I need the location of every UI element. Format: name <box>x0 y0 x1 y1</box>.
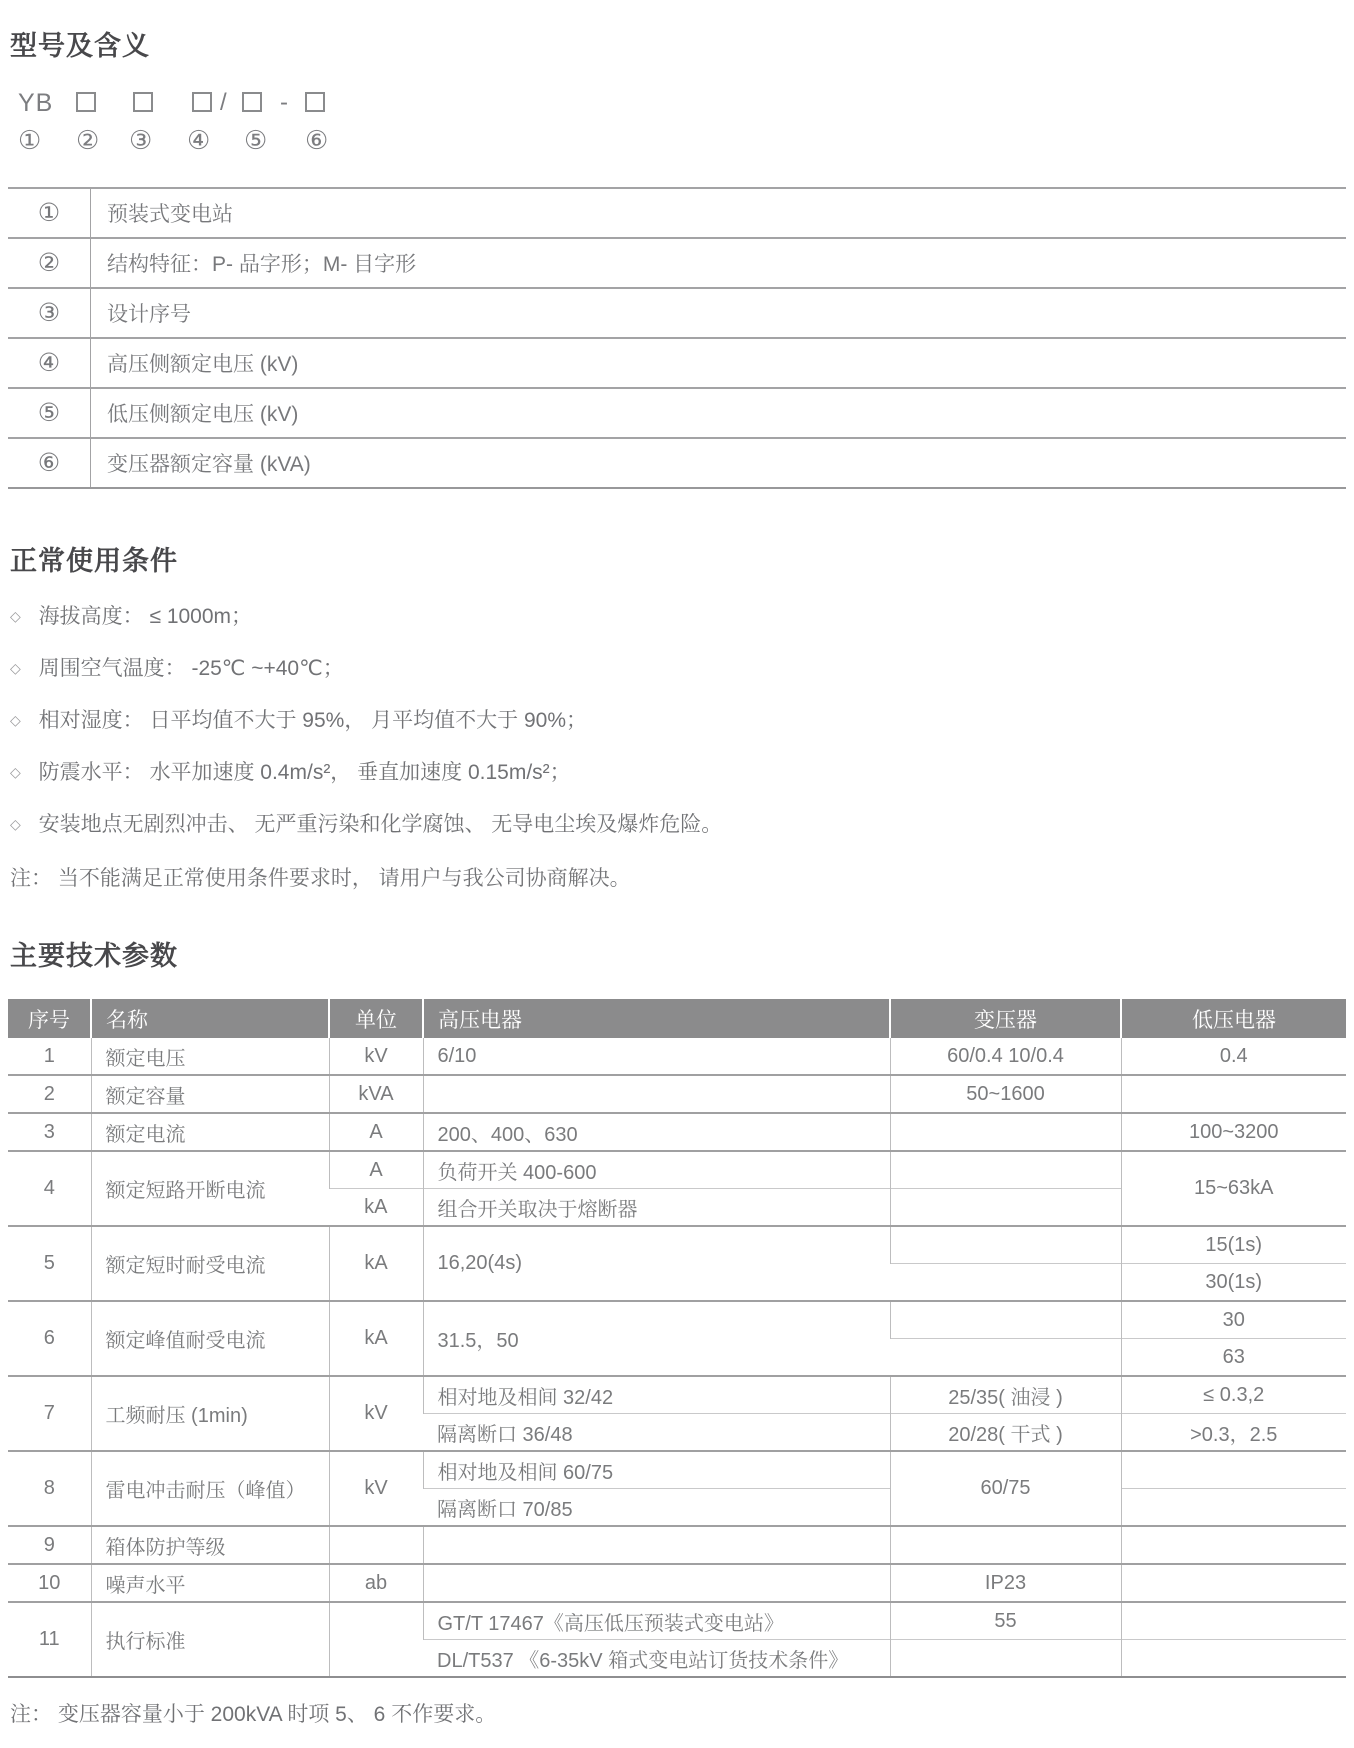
table-cell: 噪声水平 <box>91 1564 329 1602</box>
table-cell <box>423 1075 890 1113</box>
table-cell <box>890 1189 1121 1227</box>
model-desc: 变压器额定容量 (kVA) <box>91 438 1347 488</box>
diamond-bullet-icon: ◇ <box>10 712 21 728</box>
model-desc: 设计序号 <box>91 288 1347 338</box>
table-row: 4 额定短路开断电流 A 负荷开关 400-600 15~63kA <box>8 1151 1346 1189</box>
table-cell: GT/T 17467《高压低压预装式变电站》 <box>423 1602 890 1640</box>
table-cell: 55 <box>890 1602 1121 1640</box>
circled-number: ④ <box>8 338 91 388</box>
table-cell: 额定短时耐受电流 <box>91 1226 329 1301</box>
table-cell: kA <box>329 1226 423 1301</box>
table-cell: 15(1s) <box>1121 1226 1346 1264</box>
table-row: ③ 设计序号 <box>8 288 1346 338</box>
table-cell: 60/75 <box>890 1451 1121 1526</box>
table-cell <box>329 1526 423 1564</box>
table-row: ⑤ 低压侧额定电压 (kV) <box>8 388 1346 438</box>
dash-separator: - <box>280 89 288 117</box>
table-cell: 200、400、630 <box>423 1113 890 1151</box>
table-cell <box>890 1526 1121 1564</box>
table-cell: 0.4 <box>1121 1038 1346 1075</box>
table-row: 9 箱体防护等级 <box>8 1526 1346 1564</box>
table-cell: 额定容量 <box>91 1075 329 1113</box>
table-cell: 组合开关取决于熔断器 <box>423 1189 890 1227</box>
col-header-transformer: 变压器 <box>890 999 1121 1038</box>
condition-text: 防震水平： 水平加速度 0.4m/s²， 垂直加速度 0.15m/s²； <box>39 761 571 784</box>
col-header-serial: 序号 <box>8 999 91 1038</box>
table-cell: kA <box>329 1301 423 1376</box>
table-cell: 63 <box>1121 1339 1346 1377</box>
table-cell <box>1121 1075 1346 1113</box>
diamond-bullet-icon: ◇ <box>10 608 21 624</box>
table-cell: 7 <box>8 1376 91 1451</box>
table-cell: 额定电流 <box>91 1113 329 1151</box>
table-cell: IP23 <box>890 1564 1121 1602</box>
col-header-unit: 单位 <box>329 999 423 1038</box>
table-row: 8 雷电冲击耐压（峰值） kV 相对地及相间 60/75 60/75 <box>8 1451 1346 1489</box>
table-cell: 额定短路开断电流 <box>91 1151 329 1226</box>
document-page: 型号及含义 YB / - ① ② ③ ④ ⑤ ⑥ ① 预装式变电站 ② 结构特征… <box>0 0 1354 1748</box>
model-placeholder-box-icon <box>305 92 325 112</box>
table-row: 7 工频耐压 (1min) kV 相对地及相间 32/42 25/35( 油浸 … <box>8 1376 1346 1414</box>
table-cell: 15~63kA <box>1121 1151 1346 1226</box>
table-cell <box>890 1640 1121 1678</box>
table-cell <box>423 1526 890 1564</box>
table-cell: 30 <box>1121 1301 1346 1339</box>
table-cell <box>1121 1451 1346 1489</box>
col-header-lv: 低压电器 <box>1121 999 1346 1038</box>
params-note: 注： 变压器容量小于 200kVA 时项 5、 6 不作要求。 <box>10 1698 1346 1728</box>
model-meaning-table: ① 预装式变电站 ② 结构特征：P- 品字形；M- 目字形 ③ 设计序号 ④ 高… <box>8 187 1346 489</box>
table-cell: 执行标准 <box>91 1602 329 1677</box>
diamond-bullet-icon: ◇ <box>10 764 21 780</box>
condition-item: ◇ 相对湿度： 日平均值不大于 95%， 月平均值不大于 90%； <box>10 706 1346 735</box>
table-cell: A <box>329 1151 423 1189</box>
circled-index-icon: ② <box>76 125 99 156</box>
model-desc: 结构特征：P- 品字形；M- 目字形 <box>91 238 1347 288</box>
table-cell: kA <box>329 1189 423 1227</box>
table-cell: 20/28( 干式 ) <box>890 1414 1121 1452</box>
conditions-note: 注： 当不能满足正常使用条件要求时， 请用户与我公司协商解决。 <box>10 862 1346 892</box>
table-cell: 隔离断口 36/48 <box>423 1414 890 1452</box>
table-row: ② 结构特征：P- 品字形；M- 目字形 <box>8 238 1346 288</box>
model-desc: 高压侧额定电压 (kV) <box>91 338 1347 388</box>
condition-text: 周围空气温度： -25℃ ~+40℃； <box>39 657 344 680</box>
circled-index-icon: ③ <box>129 125 152 156</box>
condition-text: 海拔高度： ≤ 1000m； <box>39 605 252 628</box>
params-table: 序号 名称 单位 高压电器 变压器 低压电器 1 额定电压 kV 6/10 60… <box>8 999 1346 1678</box>
table-row: 2 额定容量 kVA 50~1600 <box>8 1075 1346 1113</box>
table-cell: 相对地及相间 32/42 <box>423 1376 890 1414</box>
table-cell: 8 <box>8 1451 91 1526</box>
table-row: ⑥ 变压器额定容量 (kVA) <box>8 438 1346 488</box>
table-header-row: 序号 名称 单位 高压电器 变压器 低压电器 <box>8 999 1346 1038</box>
table-row: 5 额定短时耐受电流 kA 16,20(4s) 15(1s) <box>8 1226 1346 1264</box>
model-placeholder-box-icon <box>192 92 212 112</box>
table-cell <box>1121 1526 1346 1564</box>
model-placeholder-box-icon <box>242 92 262 112</box>
table-cell: 额定电压 <box>91 1038 329 1075</box>
table-cell: 50~1600 <box>890 1075 1121 1113</box>
model-prefix: YB <box>18 89 53 118</box>
table-cell <box>890 1113 1121 1151</box>
table-cell: 雷电冲击耐压（峰值） <box>91 1451 329 1526</box>
table-cell <box>1121 1489 1346 1527</box>
table-cell: 5 <box>8 1226 91 1301</box>
condition-item: ◇ 海拔高度： ≤ 1000m； <box>10 602 1346 631</box>
table-cell <box>1121 1564 1346 1602</box>
table-cell: 工频耐压 (1min) <box>91 1376 329 1451</box>
model-code-diagram: YB / - ① ② ③ ④ ⑤ ⑥ <box>8 89 1346 167</box>
table-cell: 6/10 <box>423 1038 890 1075</box>
table-row: 6 额定峰值耐受电流 kA 31.5，50 30 <box>8 1301 1346 1339</box>
circled-number: ⑥ <box>8 438 91 488</box>
model-desc: 预装式变电站 <box>91 188 1347 238</box>
table-cell: 2 <box>8 1075 91 1113</box>
circled-number: ③ <box>8 288 91 338</box>
table-cell: 负荷开关 400-600 <box>423 1151 890 1189</box>
condition-item: ◇ 周围空气温度： -25℃ ~+40℃； <box>10 654 1346 683</box>
table-row: 11 执行标准 GT/T 17467《高压低压预装式变电站》 55 <box>8 1602 1346 1640</box>
table-row: ① 预装式变电站 <box>8 188 1346 238</box>
circled-index-icon: ⑤ <box>244 125 267 156</box>
table-cell: 100~3200 <box>1121 1113 1346 1151</box>
table-cell <box>1121 1602 1346 1640</box>
table-cell: 3 <box>8 1113 91 1151</box>
circled-index-icon: ⑥ <box>305 125 328 156</box>
table-cell: A <box>329 1113 423 1151</box>
model-desc: 低压侧额定电压 (kV) <box>91 388 1347 438</box>
circled-index-icon: ① <box>18 125 41 156</box>
table-cell <box>890 1339 1121 1377</box>
col-header-hv: 高压电器 <box>423 999 890 1038</box>
table-row: 3 额定电流 A 200、400、630 100~3200 <box>8 1113 1346 1151</box>
table-row: ④ 高压侧额定电压 (kV) <box>8 338 1346 388</box>
circled-number: ① <box>8 188 91 238</box>
params-section: 主要技术参数 序号 名称 单位 高压电器 变压器 低压电器 1 <box>8 934 1346 1728</box>
table-cell <box>890 1151 1121 1189</box>
table-cell <box>890 1301 1121 1339</box>
table-row: 1 额定电压 kV 6/10 60/0.4 10/0.4 0.4 <box>8 1038 1346 1075</box>
table-cell: 25/35( 油浸 ) <box>890 1376 1121 1414</box>
table-cell: ab <box>329 1564 423 1602</box>
table-cell: 31.5，50 <box>423 1301 890 1376</box>
model-placeholder-box-icon <box>133 92 153 112</box>
table-cell <box>890 1264 1121 1302</box>
table-cell: 16,20(4s) <box>423 1226 890 1301</box>
table-cell <box>890 1226 1121 1264</box>
model-placeholder-box-icon <box>76 92 96 112</box>
col-header-name: 名称 <box>91 999 329 1038</box>
table-cell <box>329 1602 423 1677</box>
diamond-bullet-icon: ◇ <box>10 660 21 676</box>
table-cell: 30(1s) <box>1121 1264 1346 1302</box>
table-cell: 相对地及相间 60/75 <box>423 1451 890 1489</box>
conditions-list: ◇ 海拔高度： ≤ 1000m； ◇ 周围空气温度： -25℃ ~+40℃； ◇… <box>10 602 1346 839</box>
circled-index-icon: ④ <box>187 125 210 156</box>
table-cell: 隔离断口 70/85 <box>423 1489 890 1527</box>
table-cell: 9 <box>8 1526 91 1564</box>
table-cell: 1 <box>8 1038 91 1075</box>
table-cell: kV <box>329 1451 423 1526</box>
table-row: 10 噪声水平 ab IP23 <box>8 1564 1346 1602</box>
table-cell: >0.3，2.5 <box>1121 1414 1346 1452</box>
condition-text: 安装地点无剧烈冲击、 无严重污染和化学腐蚀、 无导电尘埃及爆炸危险。 <box>39 813 723 836</box>
table-cell: kV <box>329 1376 423 1451</box>
table-cell <box>1121 1640 1346 1678</box>
table-cell: 60/0.4 10/0.4 <box>890 1038 1121 1075</box>
table-cell: DL/T537 《6-35kV 箱式变电站订货技术条件》 <box>423 1640 890 1678</box>
condition-text: 相对湿度： 日平均值不大于 95%， 月平均值不大于 90%； <box>39 709 587 732</box>
table-cell: ≤ 0.3,2 <box>1121 1376 1346 1414</box>
condition-item: ◇ 安装地点无剧烈冲击、 无严重污染和化学腐蚀、 无导电尘埃及爆炸危险。 <box>10 810 1346 839</box>
section-title-model: 型号及含义 <box>10 24 1346 63</box>
section-title-params: 主要技术参数 <box>10 934 1346 973</box>
table-cell: 10 <box>8 1564 91 1602</box>
table-cell <box>423 1564 890 1602</box>
circled-number: ⑤ <box>8 388 91 438</box>
table-cell: kVA <box>329 1075 423 1113</box>
table-cell: 箱体防护等级 <box>91 1526 329 1564</box>
condition-item: ◇ 防震水平： 水平加速度 0.4m/s²， 垂直加速度 0.15m/s²； <box>10 758 1346 787</box>
diamond-bullet-icon: ◇ <box>10 816 21 832</box>
table-cell: 额定峰值耐受电流 <box>91 1301 329 1376</box>
slash-separator: / <box>220 89 227 117</box>
table-cell: kV <box>329 1038 423 1075</box>
table-cell: 4 <box>8 1151 91 1226</box>
section-title-conditions: 正常使用条件 <box>10 539 1346 578</box>
circled-number: ② <box>8 238 91 288</box>
table-cell: 6 <box>8 1301 91 1376</box>
